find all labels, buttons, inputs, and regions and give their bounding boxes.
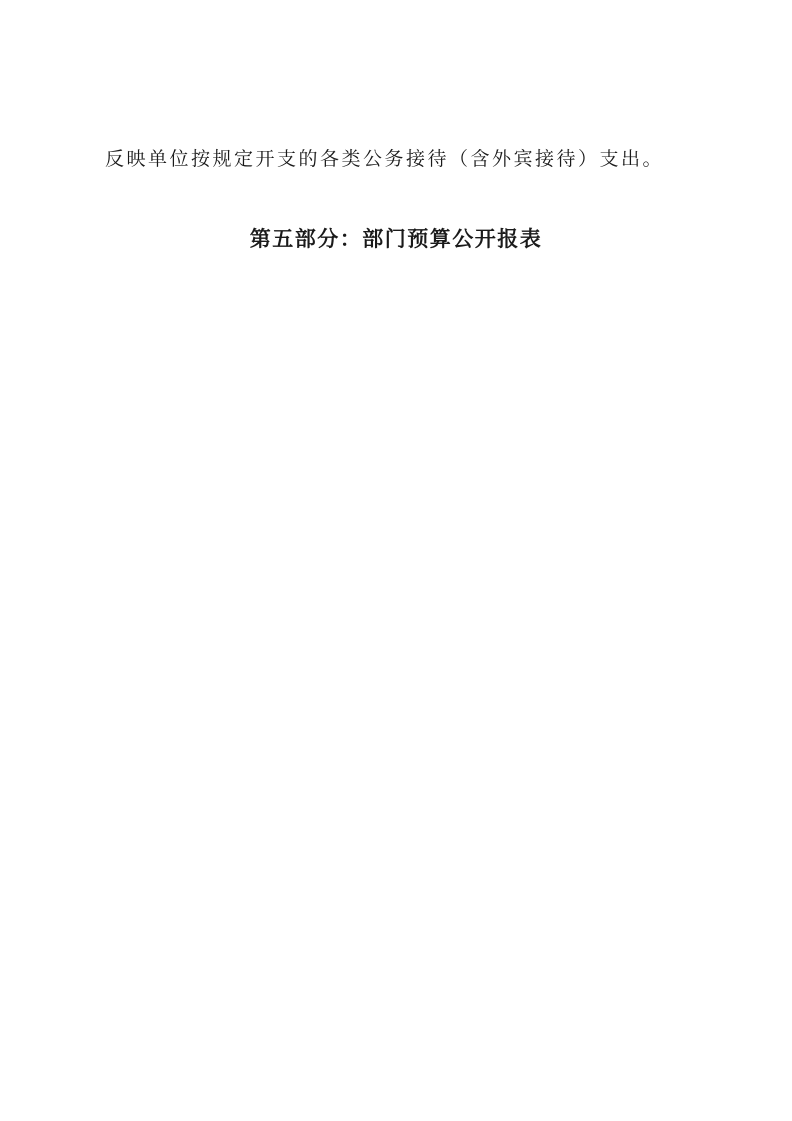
- section-heading: 第五部分：部门预算公开报表: [0, 226, 792, 254]
- body-paragraph: 反映单位按规定开支的各类公务接待（含外宾接待）支出。: [105, 147, 664, 173]
- document-page: 反映单位按规定开支的各类公务接待（含外宾接待）支出。 第五部分：部门预算公开报表: [0, 0, 792, 1121]
